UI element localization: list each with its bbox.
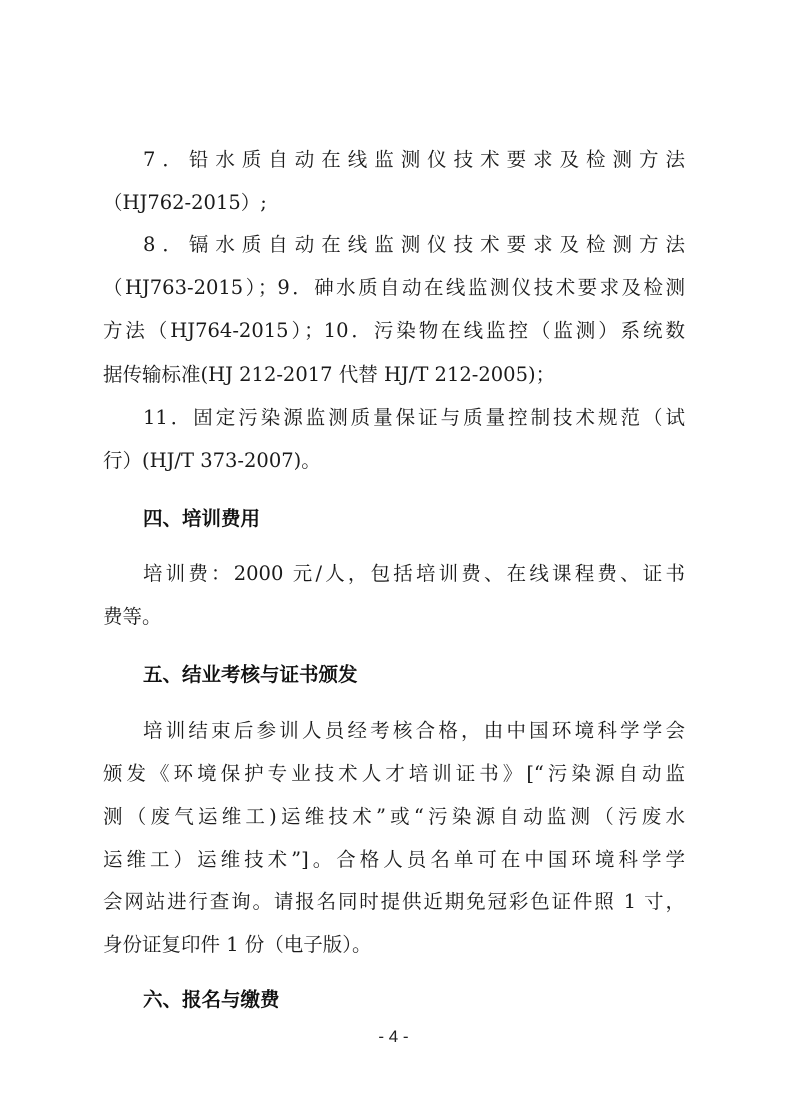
paragraph-line: （HJ763-2015）；9．砷水质自动在线监测仪技术要求及检测 — [103, 273, 685, 303]
paragraph-line: 方法（HJ764-2015）；10．污染物在线监控（监测）系统数 — [103, 316, 685, 346]
page-number: - 4 - — [0, 1027, 787, 1047]
paragraph-line: 7．铅水质自动在线监测仪技术要求及检测方法 — [143, 145, 685, 175]
paragraph-line: 11．固定污染源监测质量保证与质量控制技术规范（试 — [143, 403, 685, 433]
paragraph-line: 会网站进行查询。请报名同时提供近期免冠彩色证件照 1 寸， — [103, 887, 685, 917]
paragraph-line: 测（废气运维工)运维技术”或“污染源自动监测（污废水 — [103, 802, 685, 832]
paragraph-line: 据传输标准(HJ 212-2017 代替 HJ/T 212-2005)； — [103, 360, 685, 390]
paragraph-line: 培训费：2000 元/人，包括培训费、在线课程费、证书 — [143, 559, 685, 589]
section-heading-fees: 四、培训费用 — [143, 504, 260, 534]
section-heading-certification: 五、结业考核与证书颁发 — [143, 660, 358, 690]
document-page: 7．铅水质自动在线监测仪技术要求及检测方法 （HJ762-2015）; 8．镉水… — [0, 0, 787, 1113]
paragraph-line: 8．镉水质自动在线监测仪技术要求及检测方法 — [143, 230, 685, 260]
section-heading-registration: 六、报名与缴费 — [143, 985, 280, 1015]
paragraph-line: （HJ762-2015）; — [103, 188, 685, 218]
paragraph-line: 培训结束后参训人员经考核合格，由中国环境科学学会 — [143, 716, 685, 746]
paragraph-line: 身份证复印件 1 份（电子版）。 — [103, 930, 685, 960]
paragraph-line: 行）(HJ/T 373-2007)。 — [103, 446, 685, 476]
paragraph-line: 颁发《环境保护专业技术人才培训证书》[“污染源自动监 — [103, 759, 685, 789]
paragraph-line: 运维工）运维技术”]。合格人员名单可在中国环境科学学 — [103, 845, 685, 875]
paragraph-line: 费等。 — [103, 602, 685, 632]
